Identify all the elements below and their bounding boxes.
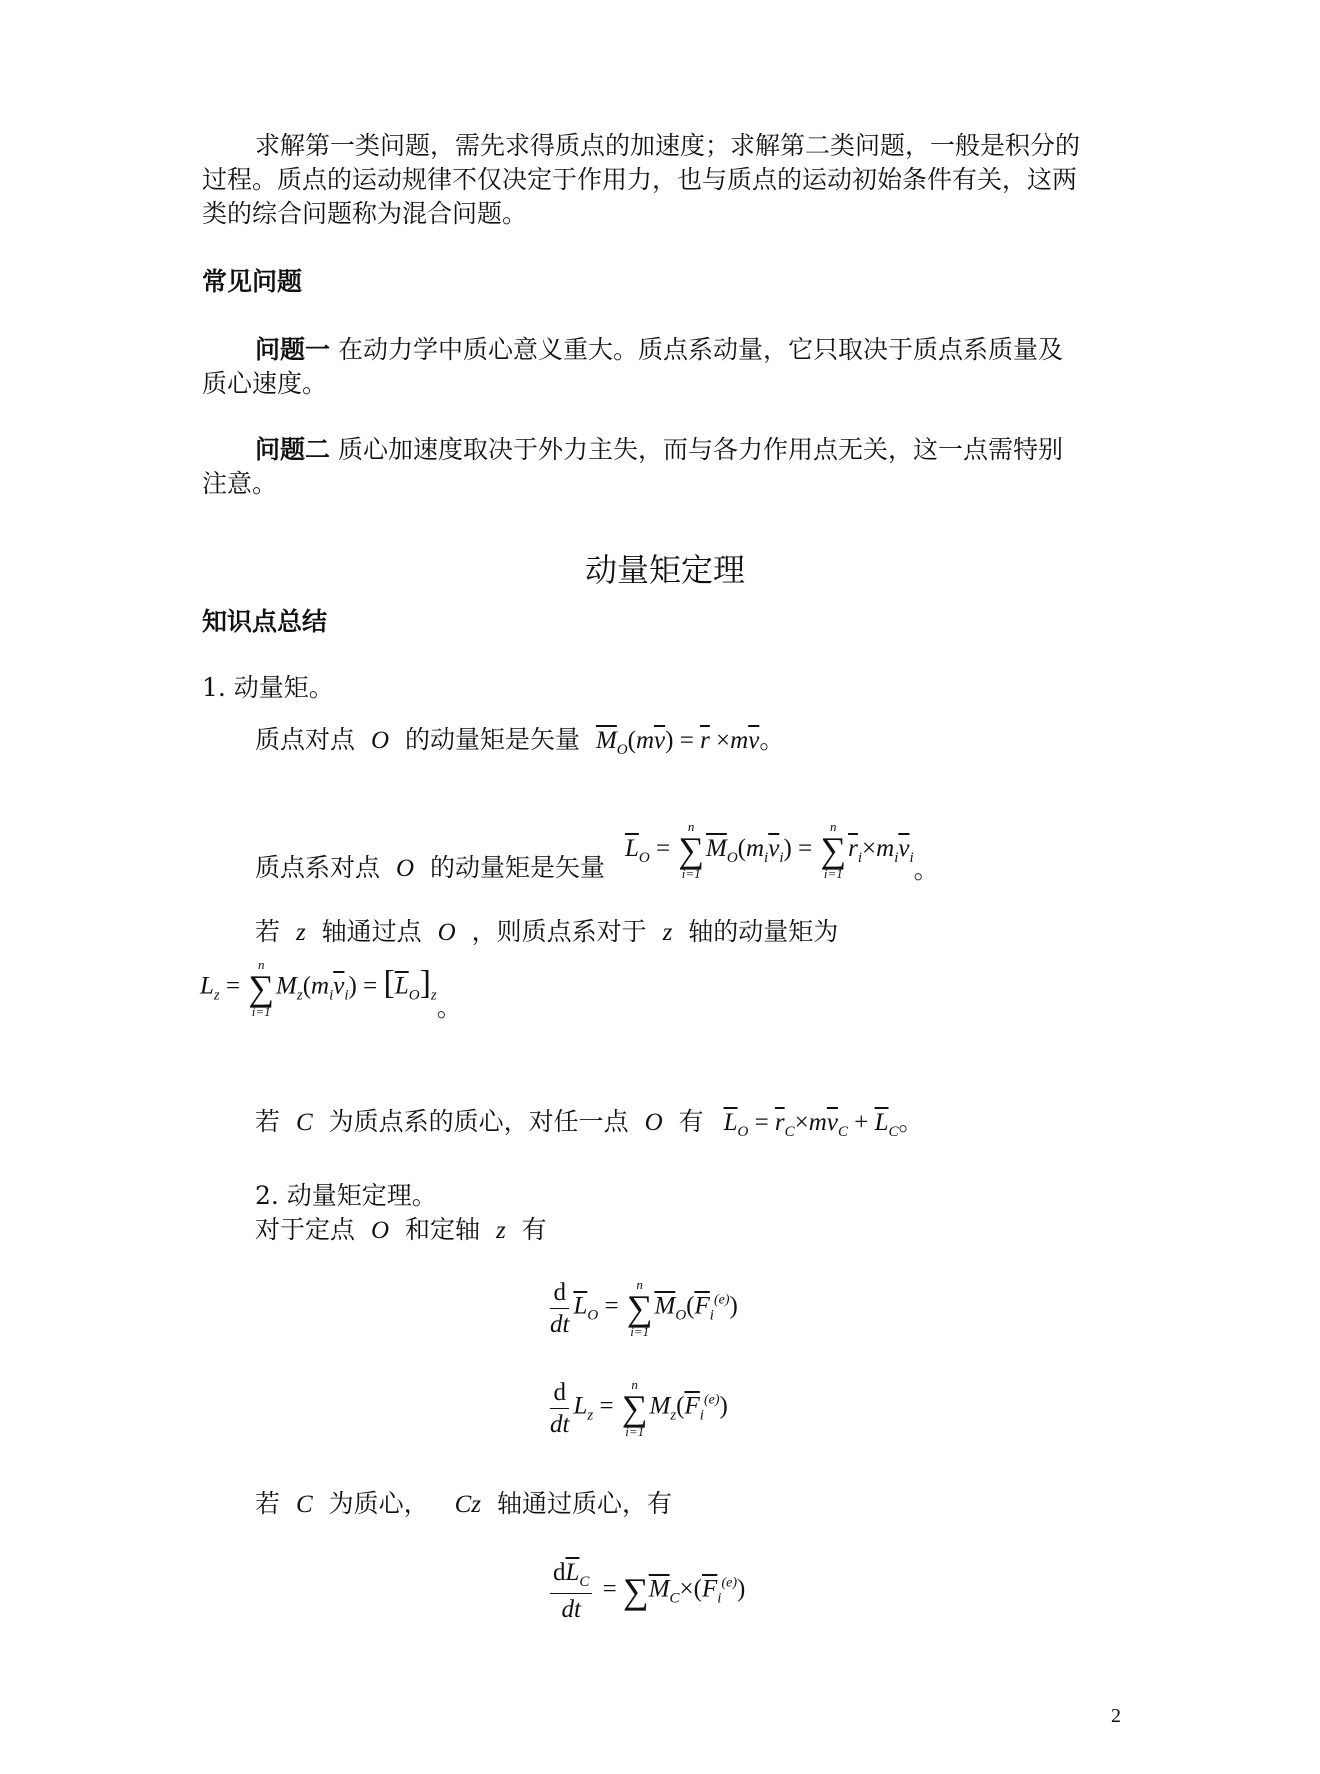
symbol-C: C — [296, 1491, 313, 1518]
text: 轴通过点 — [322, 917, 422, 946]
question-one-line-2: 质心速度。 — [202, 366, 327, 402]
question-one-label: 问题一 — [255, 335, 330, 364]
section-heading-summary: 知识点总结 — [202, 604, 327, 640]
text: 有 — [679, 1107, 704, 1136]
chapter-title: 动量矩定理 — [0, 545, 1320, 591]
symbol-z: z — [663, 919, 673, 946]
symbol-Cz: Cz — [455, 1491, 481, 1518]
text: 的动量矩是矢量 — [430, 853, 605, 882]
particle-angular-momentum-line: 质点对点 O 的动量矩是矢量 MO(mv) = r ×mv。 — [255, 722, 784, 768]
question-two-line-1: 问题二 质心加速度取决于外力主失，而与各力作用点无关，这一点需特别 — [255, 432, 1063, 468]
formula-z-axis-angular-momentum: Lz = n∑i=1Mz(mivi) = [LO]z。 — [200, 958, 462, 1018]
equation-angular-momentum-theorem-center-of-mass: dLCdt = ∑MC×(Fi(e)) — [550, 1560, 745, 1622]
fixed-point-axis-line: 对于定点 O 和定轴 z 有 — [255, 1212, 547, 1249]
text: 轴通过质心，有 — [497, 1489, 672, 1518]
text: 的动量矩是矢量 — [405, 725, 580, 754]
symbol-O: O — [396, 855, 414, 882]
text: 和定轴 — [405, 1215, 480, 1244]
item-1-title: 1. 动量矩。 — [202, 670, 334, 706]
item-2-title: 2. 动量矩定理。 — [255, 1178, 437, 1214]
question-two-label: 问题二 — [255, 435, 330, 464]
question-two-line-2: 注意。 — [202, 466, 277, 502]
center-of-mass-theorem-line: 若 C 为质心， Cz 轴通过质心，有 — [255, 1486, 672, 1523]
formula-center-of-mass-angular-momentum: LO = rC×mvC + LC — [724, 1109, 899, 1136]
text: 为质点系的质心，对任一点 — [329, 1107, 629, 1136]
text: 若 — [255, 917, 280, 946]
equation-angular-momentum-theorem-point: ddtLO = n∑i=1MO(Fi(e)) — [550, 1278, 738, 1338]
period: 。 — [759, 725, 784, 754]
intro-paragraph-line-2: 过程。质点的运动规律不仅决定于作用力，也与质点的运动初始条件有关，这两 — [202, 162, 1077, 198]
symbol-z: z — [496, 1217, 506, 1244]
equation-angular-momentum-theorem-axis: ddtLz = n∑i=1Mz(Fi(e)) — [550, 1378, 728, 1438]
symbol-O: O — [371, 727, 389, 754]
symbol-O: O — [438, 919, 456, 946]
formula-system-angular-momentum: LO = n∑i=1MO(mivi) = n∑i=1ri×mivi — [625, 835, 914, 862]
text: 为质心， — [329, 1489, 429, 1518]
system-angular-momentum-line: 质点系对点 O 的动量矩是矢量 LO = n∑i=1MO(mivi) = n∑i… — [255, 820, 939, 880]
z-axis-line: 若 z 轴通过点 O ，则质点系对于 z 轴的动量矩为 — [255, 914, 838, 951]
question-two-text: 质心加速度取决于外力主失，而与各力作用点无关，这一点需特别 — [338, 435, 1063, 464]
text: 质点对点 — [255, 725, 355, 754]
text: 质点系对点 — [255, 853, 380, 882]
question-one-line-1: 问题一 在动力学中质心意义重大。质点系动量，它只取决于质点系质量及 — [255, 332, 1063, 368]
section-heading-common-problems: 常见问题 — [202, 264, 302, 300]
period: 。 — [914, 855, 939, 884]
text: 若 — [255, 1489, 280, 1518]
symbol-O: O — [645, 1109, 663, 1136]
page-number: 2 — [1111, 1705, 1121, 1728]
period: 。 — [899, 1107, 924, 1136]
question-one-text: 在动力学中质心意义重大。质点系动量，它只取决于质点系质量及 — [338, 335, 1063, 364]
center-of-mass-line: 若 C 为质点系的质心，对任一点 O 有 LO = rC×mvC + LC。 — [255, 1104, 924, 1150]
intro-paragraph-line-1: 求解第一类问题，需先求得质点的加速度；求解第二类问题，一般是积分的 — [255, 128, 1080, 164]
text: 轴的动量矩为 — [688, 917, 838, 946]
symbol-z: z — [296, 919, 306, 946]
text: 有 — [522, 1215, 547, 1244]
text: ，则质点系对于 — [472, 917, 647, 946]
intro-paragraph-line-3: 类的综合问题称为混合问题。 — [202, 196, 527, 232]
formula-particle-angular-momentum: MO(mv) = r ×mv — [596, 727, 759, 754]
symbol-O: O — [371, 1217, 389, 1244]
symbol-C: C — [296, 1109, 313, 1136]
text: 若 — [255, 1107, 280, 1136]
text: 对于定点 — [255, 1215, 355, 1244]
